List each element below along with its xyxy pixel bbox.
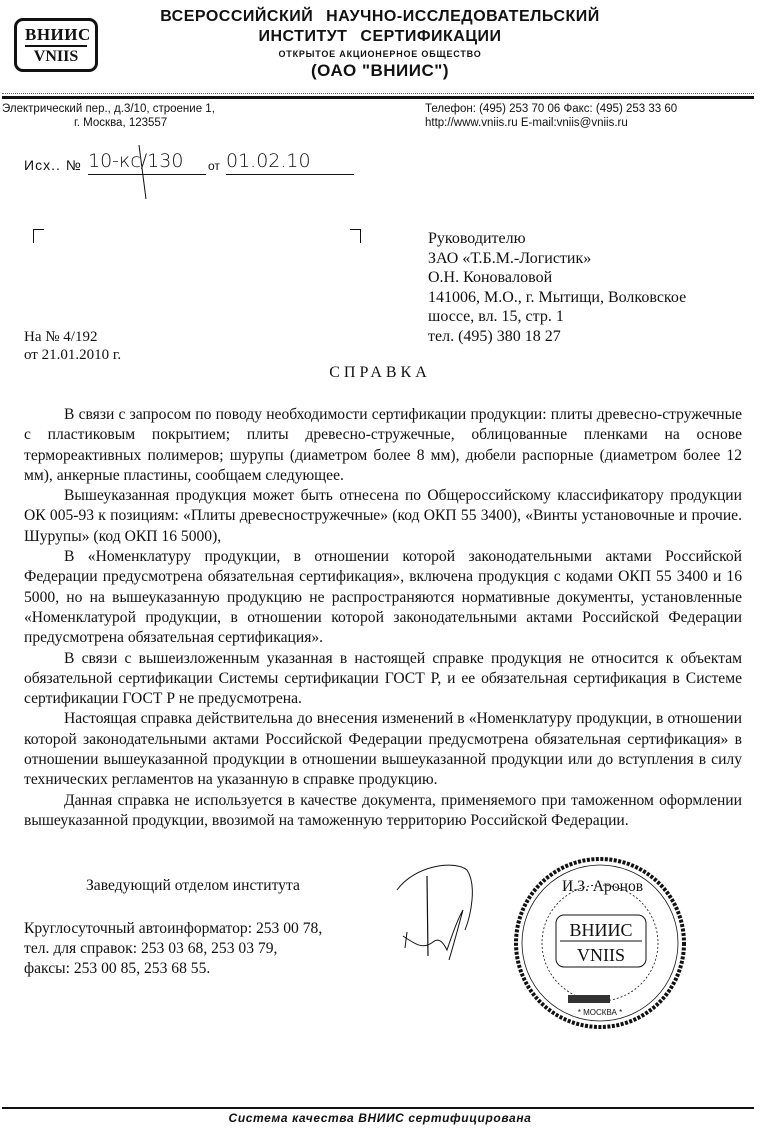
recipient-line: ЗАО «Т.Б.М.-Логистик» bbox=[428, 249, 686, 269]
org-name-line2: ИНСТИТУТ СЕРТИФИКАЦИИ bbox=[100, 28, 660, 46]
org-type: ОТКРЫТОЕ АКЦИОНЕРНОЕ ОБЩЕСТВО bbox=[100, 49, 660, 59]
info-line: факсы: 253 00 85, 253 68 55. bbox=[24, 959, 322, 979]
document-body: В связи с запросом по поводу необходимос… bbox=[24, 405, 742, 831]
address-line1: Электрический пер., д.3/10, строение 1, bbox=[2, 102, 215, 116]
org-short-name: (ОАО "ВНИИС") bbox=[100, 61, 660, 81]
footer-quality-note: Система качества ВНИИС сертифицирована bbox=[0, 1111, 760, 1125]
address-window-corner-right bbox=[350, 229, 361, 243]
reply-ref-number: На № 4/192 bbox=[24, 328, 121, 346]
web-email-line: http://www.vniis.ru E-mail:vniis@vniis.r… bbox=[425, 116, 628, 130]
contact-info-block: Круглосуточный автоинформатор: 253 00 78… bbox=[24, 919, 322, 979]
header-rule-dotted bbox=[2, 93, 754, 94]
reply-reference: На № 4/192 от 21.01.2010 г. bbox=[24, 328, 121, 364]
body-paragraph: Настоящая справка действительна до внесе… bbox=[24, 709, 742, 790]
vniis-logo: ВНИИС VNIIS bbox=[14, 18, 98, 72]
address-line2: г. Москва, 123557 bbox=[74, 116, 167, 130]
recipient-line: шоссе, вл. 15, стр. 1 bbox=[428, 307, 686, 327]
logo-line-en: VNIIS bbox=[17, 47, 95, 67]
body-paragraph: Данная справка не используется в качеств… bbox=[24, 791, 742, 832]
recipient-line: тел. (495) 380 18 27 bbox=[428, 327, 686, 347]
phone-fax-line: Телефон: (495) 253 70 06 Факс: (495) 253… bbox=[425, 102, 677, 116]
handwritten-stroke bbox=[138, 144, 148, 200]
stamp-line-en: VNIIS bbox=[577, 945, 625, 965]
outgoing-date: 01.02.10 bbox=[226, 150, 354, 175]
recipient-line: 141006, М.О., г. Мытищи, Волковское bbox=[428, 288, 686, 308]
body-paragraph: В связи с вышеизложенным указанная в нас… bbox=[24, 649, 742, 710]
logo-line-ru: ВНИИС bbox=[25, 25, 87, 47]
document-title: СПРАВКА bbox=[0, 364, 760, 382]
recipient-line: О.Н. Коноваловой bbox=[428, 268, 686, 288]
recipient-line: Руководителю bbox=[428, 229, 686, 249]
signatory-position: Заведующий отделом института bbox=[86, 877, 300, 895]
body-paragraph: Вышеуказанная продукция может быть отнес… bbox=[24, 486, 742, 547]
body-paragraph: В «Номенклатуру продукции, в отношении к… bbox=[24, 547, 742, 648]
outgoing-date-label: от bbox=[208, 159, 220, 173]
footer-rule bbox=[2, 1107, 754, 1109]
body-paragraph: В связи с запросом по поводу необходимос… bbox=[24, 405, 742, 486]
stamp-city: * МОСКВА * bbox=[578, 1008, 622, 1017]
address-window-corner-left bbox=[33, 229, 44, 243]
reply-ref-date: от 21.01.2010 г. bbox=[24, 346, 121, 364]
stamp-line-ru: ВНИИС bbox=[569, 920, 632, 940]
header-rule bbox=[2, 96, 754, 99]
info-line: тел. для справок: 253 03 68, 253 03 79, bbox=[24, 939, 322, 959]
recipient-block: Руководителю ЗАО «Т.Б.М.-Логистик» О.Н. … bbox=[428, 229, 686, 346]
org-name-line1: ВСЕРОССИЙСКИЙ НАУЧНО-ИССЛЕДОВАТЕЛЬСКИЙ bbox=[100, 8, 660, 26]
info-line: Круглосуточный автоинформатор: 253 00 78… bbox=[24, 919, 322, 939]
outgoing-ref-label: Исх.. № bbox=[24, 157, 82, 173]
official-stamp-icon: ВНИИС VNIIS * МОСКВА * bbox=[508, 855, 688, 1030]
handwritten-signature-icon bbox=[385, 860, 505, 975]
